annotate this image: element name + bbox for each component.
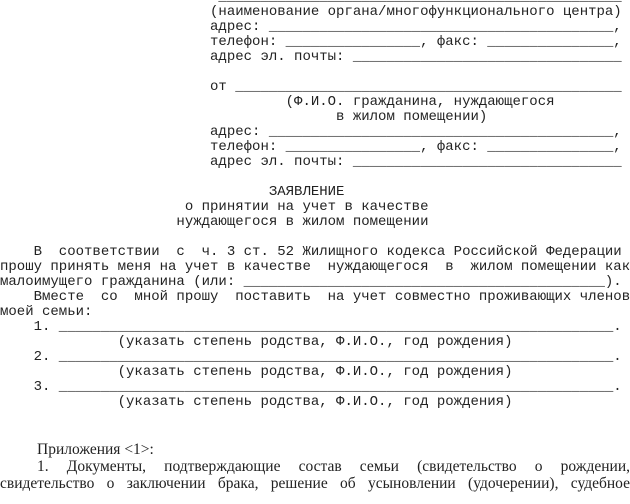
application-subtitle-line-1: о принятии на учет в качестве: [0, 200, 630, 215]
application-subtitle-line-2: нуждающегося в жилом помещении: [0, 215, 630, 230]
application-title-block: ЗАЯВЛЕНИЕ о принятии на учет в качестве …: [0, 185, 630, 230]
applicant-fio-caption-line-2: в жилом помещении): [0, 110, 630, 125]
authority-phone-fax-line: телефон: ________________, факс: _______…: [0, 35, 630, 50]
family-members-list: 1. _____________________________________…: [0, 320, 630, 410]
request-paragraph-line-1: В соответствии с ч. 3 ст. 52 Жилищного к…: [0, 245, 630, 260]
attachments-heading: Приложения <1>:: [0, 441, 630, 458]
request-paragraphs: В соответствии с ч. 3 ст. 52 Жилищного к…: [0, 245, 630, 320]
authority-name-caption: (наименование органа/многофункциональног…: [0, 5, 630, 20]
authority-block: ________________________________________…: [0, 0, 630, 65]
applicant-email-line: адрес эл. почты: _______________________…: [0, 155, 630, 170]
document-page: ________________________________________…: [0, 0, 630, 504]
authority-address-line: адрес: _________________________________…: [0, 20, 630, 35]
family-member-hint-1: (указать степень родства, Ф.И.О., год ро…: [0, 335, 630, 350]
request-paragraph-line-4: Вместе со мной прошу поставить на учет с…: [0, 290, 630, 305]
attachments-item-line-1: 1. Документы, подтверждающие состав семь…: [0, 458, 630, 475]
applicant-address-line: адрес: _________________________________…: [0, 125, 630, 140]
request-paragraph-line-2: прошу принять меня на учет в качестве ну…: [0, 260, 630, 275]
applicant-phone-fax-line: телефон: ________________, факс: _______…: [0, 140, 630, 155]
applicant-block: от _____________________________________…: [0, 80, 630, 170]
family-member-hint-3: (указать степень родства, Ф.И.О., год ро…: [0, 395, 630, 410]
applicant-fio-caption-line-1: (Ф.И.О. гражданина, нуждающегося: [0, 95, 630, 110]
document-body-mono: ________________________________________…: [0, 0, 630, 410]
request-paragraph-line-5: моей семьи:: [0, 305, 630, 320]
family-member-entry-2: 2. _____________________________________…: [0, 350, 630, 365]
authority-email-line: адрес эл. почты: _______________________…: [0, 50, 630, 65]
family-member-hint-2: (указать степень родства, Ф.И.О., год ро…: [0, 365, 630, 380]
applicant-from-line: от _____________________________________…: [0, 80, 630, 95]
family-member-entry-1: 1. _____________________________________…: [0, 320, 630, 335]
attachments-item-line-2: свидетельство о заключении брака, решени…: [0, 475, 630, 492]
family-member-entry-3: 3. _____________________________________…: [0, 380, 630, 395]
request-paragraph-line-3: малоимущего гражданина (или: ___________…: [0, 275, 630, 290]
application-title: ЗАЯВЛЕНИЕ: [0, 185, 630, 200]
attachments-section: Приложения <1>: 1. Документы, подтвержда…: [0, 441, 630, 492]
